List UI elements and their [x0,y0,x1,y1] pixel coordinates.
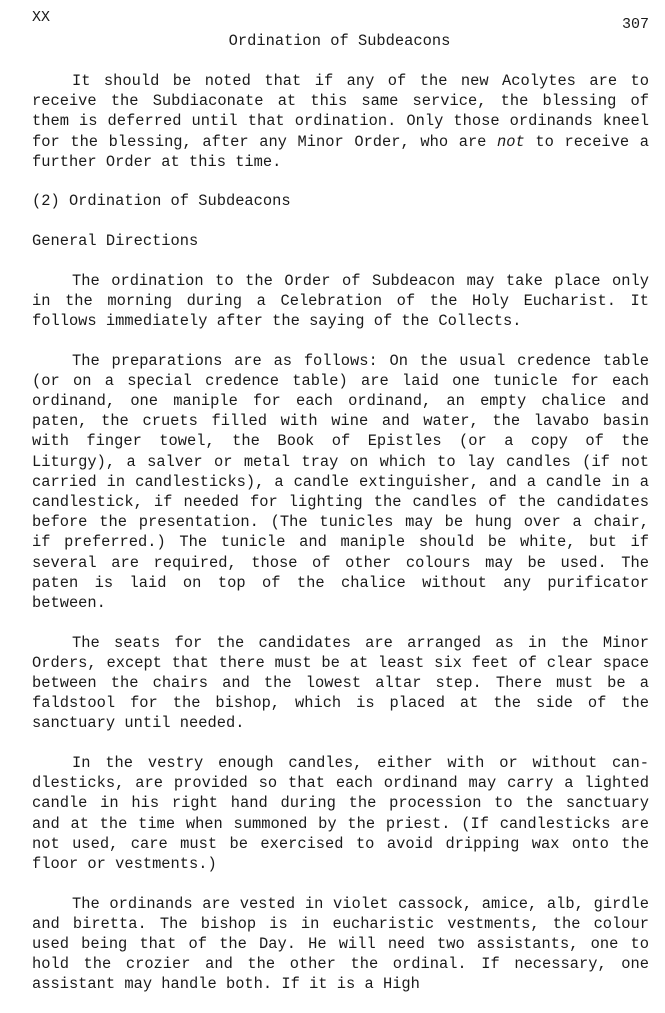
paragraph-gap [32,331,649,350]
paragraph-gap [32,172,649,191]
seats-paragraph: The seats for the candidates are arrange… [32,633,649,734]
running-title: Ordination of Subdeacons [0,31,665,51]
emphasis-not: not [497,133,525,151]
section-mark: XX [32,8,50,28]
ordination-time-paragraph: The ordination to the Order of Subdeacon… [32,271,649,332]
paragraph-gap [32,251,649,270]
intro-paragraph: It should be noted that if any of the ne… [32,71,649,172]
subheading-general-directions: General Directions [32,231,649,251]
vestry-paragraph: In the vestry enough candles, either wit… [32,753,649,874]
paragraph-gap [32,734,649,753]
paragraph-gap [32,874,649,893]
preparations-paragraph: The preparations are as follows: On the … [32,351,649,614]
paragraph-gap [32,212,649,231]
section-heading: (2) Ordination of Subdeacons [32,191,649,211]
paragraph-gap [32,613,649,632]
document-page: XX 307 Ordination of Subdeacons It shoul… [0,0,665,1013]
body-text: It should be noted that if any of the ne… [32,71,649,995]
vesting-paragraph: The ordinands are vested in violet casso… [32,894,649,995]
